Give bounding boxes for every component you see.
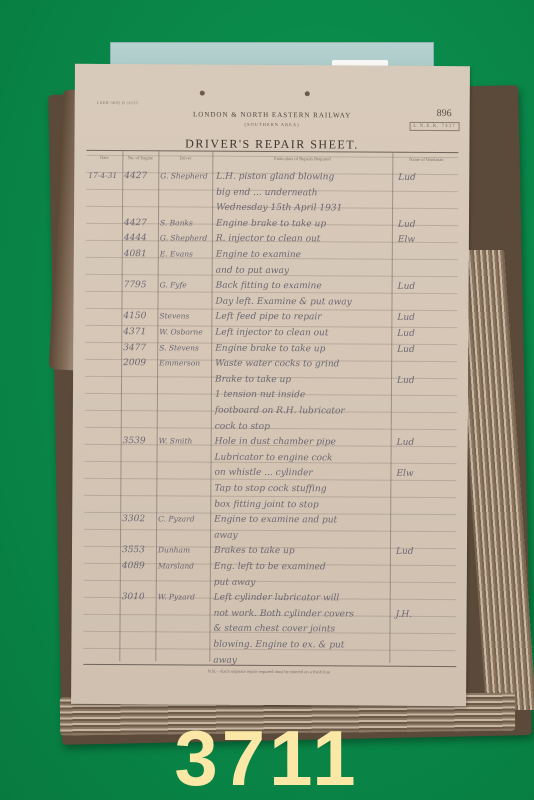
column-divider bbox=[155, 151, 159, 661]
table-row: 7795G. FyfeBack fitting to examineLud bbox=[86, 280, 458, 282]
sheet-number: 896 bbox=[437, 108, 452, 119]
cell-driver: Dunham bbox=[158, 546, 190, 555]
cell-workman: Lud bbox=[397, 376, 415, 386]
cell-engine: 3302 bbox=[122, 514, 145, 524]
cell-engine: 3010 bbox=[122, 592, 145, 602]
cell-workman: Elw bbox=[396, 469, 413, 479]
cell-driver: W. Smith bbox=[159, 437, 193, 446]
repair-sheet: LNER 3692 B 10/35 LONDON & NORTH EASTERN… bbox=[71, 64, 470, 706]
column-header-workman: Name of Workman bbox=[396, 157, 456, 162]
table-row: box fitting joint to stop bbox=[84, 498, 456, 500]
cell-driver: S. Banks bbox=[160, 218, 193, 227]
table-row: 4427S. BanksEngine brake to take upLud bbox=[86, 218, 458, 220]
cell-particulars: Waste water cocks to grind bbox=[215, 359, 339, 370]
cell-particulars: Day left. Examine & put away bbox=[215, 296, 351, 307]
cell-particulars: big end ... underneath bbox=[216, 187, 317, 198]
cell-driver: E. Evans bbox=[160, 249, 193, 258]
cell-driver: G. Shepherd bbox=[160, 234, 207, 243]
cell-particulars: Hole in dust chamber pipe bbox=[215, 437, 336, 448]
cell-particulars: Brakes to take up bbox=[214, 546, 295, 556]
table-row: Wednesday 15th April 1931 bbox=[86, 202, 458, 204]
table-row: Lubricator to engine cock bbox=[85, 452, 457, 454]
cell-driver: W. Osborne bbox=[159, 327, 202, 336]
cell-workman: Lud bbox=[398, 220, 416, 230]
table-row: not work. Both cylinder coversJ.H. bbox=[84, 608, 456, 610]
cell-particulars: Brake to take up bbox=[215, 374, 291, 384]
cell-workman: Lud bbox=[397, 438, 415, 448]
column-header-engine: No. of Engine bbox=[126, 155, 154, 160]
footer-rule bbox=[83, 664, 456, 667]
cell-particulars: Engine to examine bbox=[216, 250, 301, 261]
table-row: 3553DunhamBrakes to take upLud bbox=[84, 545, 456, 547]
table-row: away bbox=[83, 654, 455, 656]
cell-workman: Lud bbox=[397, 329, 415, 339]
cell-particulars: on whistle ... cylinder bbox=[214, 468, 312, 479]
repair-table: Date No. of Engine Driver Particulars of… bbox=[83, 150, 458, 663]
cell-particulars: blowing. Engine to ex. & put bbox=[213, 640, 344, 651]
cell-engine: 4371 bbox=[123, 327, 146, 337]
cell-engine: 3539 bbox=[123, 436, 146, 446]
cell-particulars: R. injector to clean out bbox=[216, 234, 321, 245]
table-row: cock to stop bbox=[85, 420, 457, 422]
cell-driver: Emmerson bbox=[159, 359, 200, 368]
table-row: 4150StevensLeft feed pipe to repairLud bbox=[85, 311, 457, 313]
cell-particulars: & steam chest cover joints bbox=[213, 624, 335, 635]
cell-particulars: Left feed pipe to repair bbox=[215, 312, 321, 323]
cell-workman: Lud bbox=[398, 173, 416, 183]
table-row: & steam chest cover joints bbox=[84, 623, 456, 625]
table-row: 4081E. EvansEngine to examine bbox=[86, 249, 458, 251]
stamp: L.N.E.R. 7437 bbox=[409, 122, 459, 131]
cell-driver: C. Pyzard bbox=[158, 515, 194, 524]
cell-engine: 4444 bbox=[124, 233, 147, 243]
table-row: 3010W. PyzardLeft cylinder lubricator wi… bbox=[84, 592, 456, 594]
cell-particulars: Engine to examine and put bbox=[214, 515, 337, 526]
table-row: big end ... underneath bbox=[86, 186, 458, 188]
cell-particulars: put away bbox=[214, 577, 256, 587]
cell-driver: G. Shepherd bbox=[160, 171, 207, 180]
cell-particulars: not work. Both cylinder covers bbox=[214, 608, 354, 619]
cell-workman: Lud bbox=[397, 313, 415, 323]
cell-engine: 2009 bbox=[123, 358, 146, 368]
cell-driver: W. Pyzard bbox=[158, 593, 195, 602]
cell-particulars: Eng. left to be examined bbox=[214, 562, 326, 573]
cell-engine: 4427 bbox=[124, 171, 147, 181]
table-row: put away bbox=[84, 576, 456, 578]
cell-particulars: Engine brake to take up bbox=[216, 218, 326, 229]
table-row: 2009EmmersonWaste water cocks to grind bbox=[85, 358, 457, 360]
table-row: 4089MarslandEng. left to be examined bbox=[84, 561, 456, 563]
cell-driver: S. Stevens bbox=[159, 343, 199, 352]
cell-workman: Lud bbox=[396, 547, 414, 557]
table-row: 4444G. ShepherdR. injector to clean outE… bbox=[86, 233, 458, 235]
cell-particulars: Engine brake to take up bbox=[215, 343, 325, 354]
cell-particulars: Wednesday 15th April 1931 bbox=[216, 203, 342, 214]
table-row: footboard on R.H. lubricator bbox=[85, 405, 457, 407]
cell-workman: Lud bbox=[398, 282, 416, 292]
cell-workman: Lud bbox=[397, 344, 415, 354]
cell-engine: 4089 bbox=[122, 561, 145, 571]
cell-particulars: Lubricator to engine cock bbox=[215, 452, 333, 463]
cell-particulars: Left cylinder lubricator will bbox=[214, 593, 340, 604]
cell-driver: G. Fyfe bbox=[160, 281, 187, 290]
table-row: Day left. Examine & put away bbox=[86, 296, 458, 298]
cell-particulars: Left injector to clean out bbox=[215, 328, 328, 339]
cell-particulars: cock to stop bbox=[215, 421, 270, 431]
column-header-particulars: Particulars of Repairs Required bbox=[216, 156, 388, 162]
table-row: on whistle ... cylinderElw bbox=[84, 467, 456, 469]
cell-engine: 7795 bbox=[124, 280, 147, 290]
table-row: Tap to stop cock stuffing bbox=[84, 483, 456, 485]
cell-driver: Marsland bbox=[158, 561, 194, 570]
table-row: 1 tension nut inside bbox=[85, 389, 457, 391]
cell-date: 17-4-31 bbox=[88, 171, 117, 180]
column-divider bbox=[119, 151, 123, 661]
table-row: 3477S. StevensEngine brake to take upLud bbox=[85, 342, 457, 344]
table-row: blowing. Engine to ex. & put bbox=[83, 639, 455, 641]
table-row: and to put away bbox=[86, 264, 458, 266]
cell-engine: 4081 bbox=[124, 249, 147, 259]
cell-engine: 4150 bbox=[123, 311, 146, 321]
cell-particulars: Back fitting to examine bbox=[216, 281, 322, 292]
table-row: Brake to take upLud bbox=[85, 374, 457, 376]
table-row: 4371W. OsborneLeft injector to clean out… bbox=[85, 327, 457, 329]
form-reference: LNER 3692 B 10/35 bbox=[97, 100, 139, 105]
cell-particulars: away bbox=[214, 530, 238, 540]
column-header-date: Date bbox=[90, 155, 118, 160]
cell-particulars: footboard on R.H. lubricator bbox=[215, 406, 345, 417]
company-name: LONDON & NORTH EASTERN RAILWAY bbox=[75, 110, 470, 120]
punch-hole bbox=[305, 91, 310, 96]
punch-hole bbox=[200, 91, 205, 96]
cell-particulars: L.H. piston gland blowing bbox=[216, 172, 334, 183]
cell-driver: Stevens bbox=[159, 312, 189, 321]
table-row: away bbox=[84, 530, 456, 532]
table-row: 3539W. SmithHole in dust chamber pipeLud bbox=[85, 436, 457, 438]
cell-workman: J.H. bbox=[396, 610, 413, 620]
cell-engine: 4427 bbox=[124, 218, 147, 228]
table-row: 3302C. PyzardEngine to examine and put bbox=[84, 514, 456, 516]
footnote: N.B.—Each separate repair required must … bbox=[71, 668, 466, 675]
cell-particulars: box fitting joint to stop bbox=[214, 499, 318, 510]
column-divider bbox=[389, 153, 393, 663]
table-row: 17-4-314427G. ShepherdL.H. piston gland … bbox=[86, 171, 458, 173]
cell-particulars: Tap to stop cock stuffing bbox=[214, 484, 326, 495]
cell-engine: 3477 bbox=[123, 343, 146, 353]
column-header-driver: Driver bbox=[162, 155, 208, 160]
cell-engine: 3553 bbox=[122, 545, 145, 555]
cell-particulars: and to put away bbox=[216, 265, 289, 275]
cell-particulars: 1 tension nut inside bbox=[215, 390, 305, 401]
lot-number: 3711 bbox=[0, 716, 534, 800]
cell-workman: Elw bbox=[398, 235, 415, 245]
